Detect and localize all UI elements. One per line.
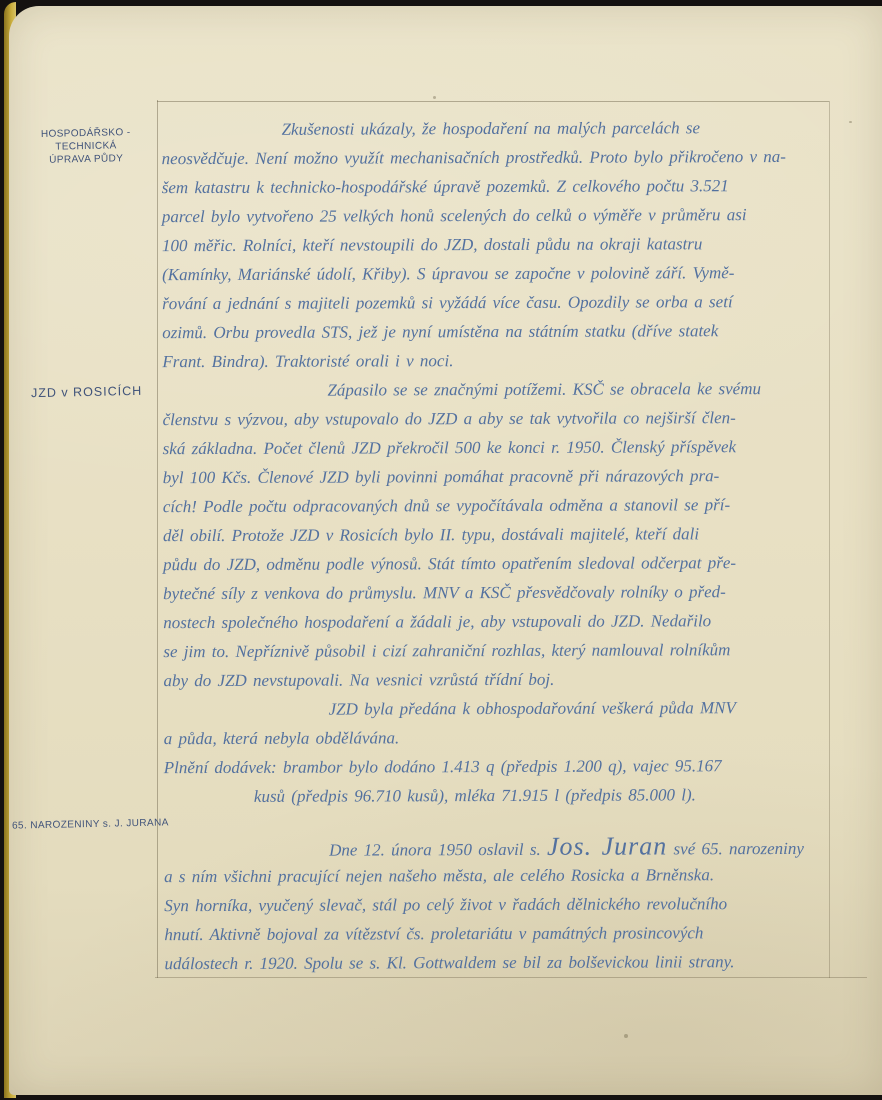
text-line: řování a jednání s majiteli pozemků si v… xyxy=(162,287,838,318)
handwritten-text-column: Zkušenosti ukázaly, že hospodaření na ma… xyxy=(161,113,840,978)
scanned-page: HOSPODÁŘSKO - TECHNICKÁ ÚPRAVA PŮDY JZD … xyxy=(0,0,882,1100)
text-line: ozimů. Orbu provedla STS, jež je nyní um… xyxy=(162,316,838,347)
margin-label-line: 65. NAROZENINY s. J. JURANA xyxy=(12,816,169,832)
margin-label-line: JZD v ROSICÍCH xyxy=(31,385,142,400)
text-line: (Kamínky, Mariánské údolí, Křiby). S úpr… xyxy=(162,258,838,289)
text-line: hnutí. Aktivně bojoval za vítězství čs. … xyxy=(164,918,840,949)
text-fragment: Dne 12. února 1950 oslavil s. xyxy=(329,840,547,860)
paper-speck xyxy=(433,96,436,99)
text-line: událostech r. 1920. Spolu se s. Kl. Gott… xyxy=(164,947,840,978)
text-line: Frant. Bindra). Traktoristé orali i v no… xyxy=(162,345,838,376)
text-line: Zkušenosti ukázaly, že hospodaření na ma… xyxy=(161,113,837,144)
text-line: Syn horníka, vyučený slevač, stál po cel… xyxy=(164,889,840,920)
text-line: byl 100 Kčs. Členové JZD byli povinni po… xyxy=(163,461,839,492)
text-line: bytečné síly z venkova do průmyslu. MNV … xyxy=(163,577,839,608)
text-line: děl obilí. Protože JZD v Rosicích bylo I… xyxy=(163,519,839,550)
margin-label-65-narozeniny: 65. NAROZENINY s. J. JURANA xyxy=(12,816,169,832)
text-line: a půda, která nebyla obdělávána. xyxy=(164,722,840,753)
text-line: aby do JZD nevstupovali. Na vesnici vzrů… xyxy=(163,664,839,695)
text-line: JZD byla předána k obhospodařování veške… xyxy=(164,693,840,724)
text-line: Dne 12. února 1950 oslavil s. Jos. Juran… xyxy=(164,831,840,862)
name-jos-juran: Jos. Juran xyxy=(547,831,667,860)
margin-label-line: HOSPODÁŘSKO - TECHNICKÁ xyxy=(11,125,162,154)
pencil-guide-left xyxy=(157,100,158,978)
text-line: cích! Podle počtu odpracovaných dnů se v… xyxy=(163,490,839,521)
text-line: ská základna. Počet členů JZD překročil … xyxy=(163,432,839,463)
text-line: členstvu s výzvou, aby vstupovalo do JZD… xyxy=(163,403,839,434)
text-line: neosvědčuje. Není možno využít mechanisa… xyxy=(162,142,838,173)
text-line: se jim to. Nepříznivě působil i cizí zah… xyxy=(163,635,839,666)
text-line: Zápasilo se se značnými potížemi. KSČ se… xyxy=(162,374,838,405)
text-line: parcel bylo vytvořeno 25 velkých honů sc… xyxy=(162,200,838,231)
margin-label-jzd-v-rosicich: JZD v ROSICÍCH xyxy=(31,385,142,400)
margin-label-hospodarsko-technicka-uprava-pudy: HOSPODÁŘSKO - TECHNICKÁ ÚPRAVA PŮDY xyxy=(11,125,162,167)
text-line: 100 měřic. Rolníci, kteří nevstoupili do… xyxy=(162,229,838,260)
text-line: Plnění dodávek: brambor bylo dodáno 1.41… xyxy=(164,751,840,782)
section-65-narozeniny: Dne 12. února 1950 oslavil s. Jos. Juran… xyxy=(164,831,841,978)
text-line: a s ním všichni pracující nejen našeho m… xyxy=(164,860,840,891)
text-line: půdu do JZD, odměnu podle výnosů. Stát t… xyxy=(163,548,839,579)
text-line: nostech společného hospodaření a žádali … xyxy=(163,606,839,637)
section-jzd-v-rosicich: Zápasilo se se značnými potížemi. KSČ se… xyxy=(162,374,840,811)
paper-speck xyxy=(849,121,852,123)
paper-speck xyxy=(624,1034,628,1038)
pencil-guide-top xyxy=(157,101,829,102)
margin-label-line: ÚPRAVA PŮDY xyxy=(11,151,161,167)
section-uprava-pudy: Zkušenosti ukázaly, že hospodaření na ma… xyxy=(161,113,838,376)
text-line: šem katastru k technicko-hospodářské úpr… xyxy=(162,171,838,202)
text-line: kusů (předpis 96.710 kusů), mléka 71.915… xyxy=(164,780,840,811)
text-fragment: své 65. narozeniny xyxy=(667,839,804,858)
paper-sheet: HOSPODÁŘSKO - TECHNICKÁ ÚPRAVA PŮDY JZD … xyxy=(9,6,882,1095)
